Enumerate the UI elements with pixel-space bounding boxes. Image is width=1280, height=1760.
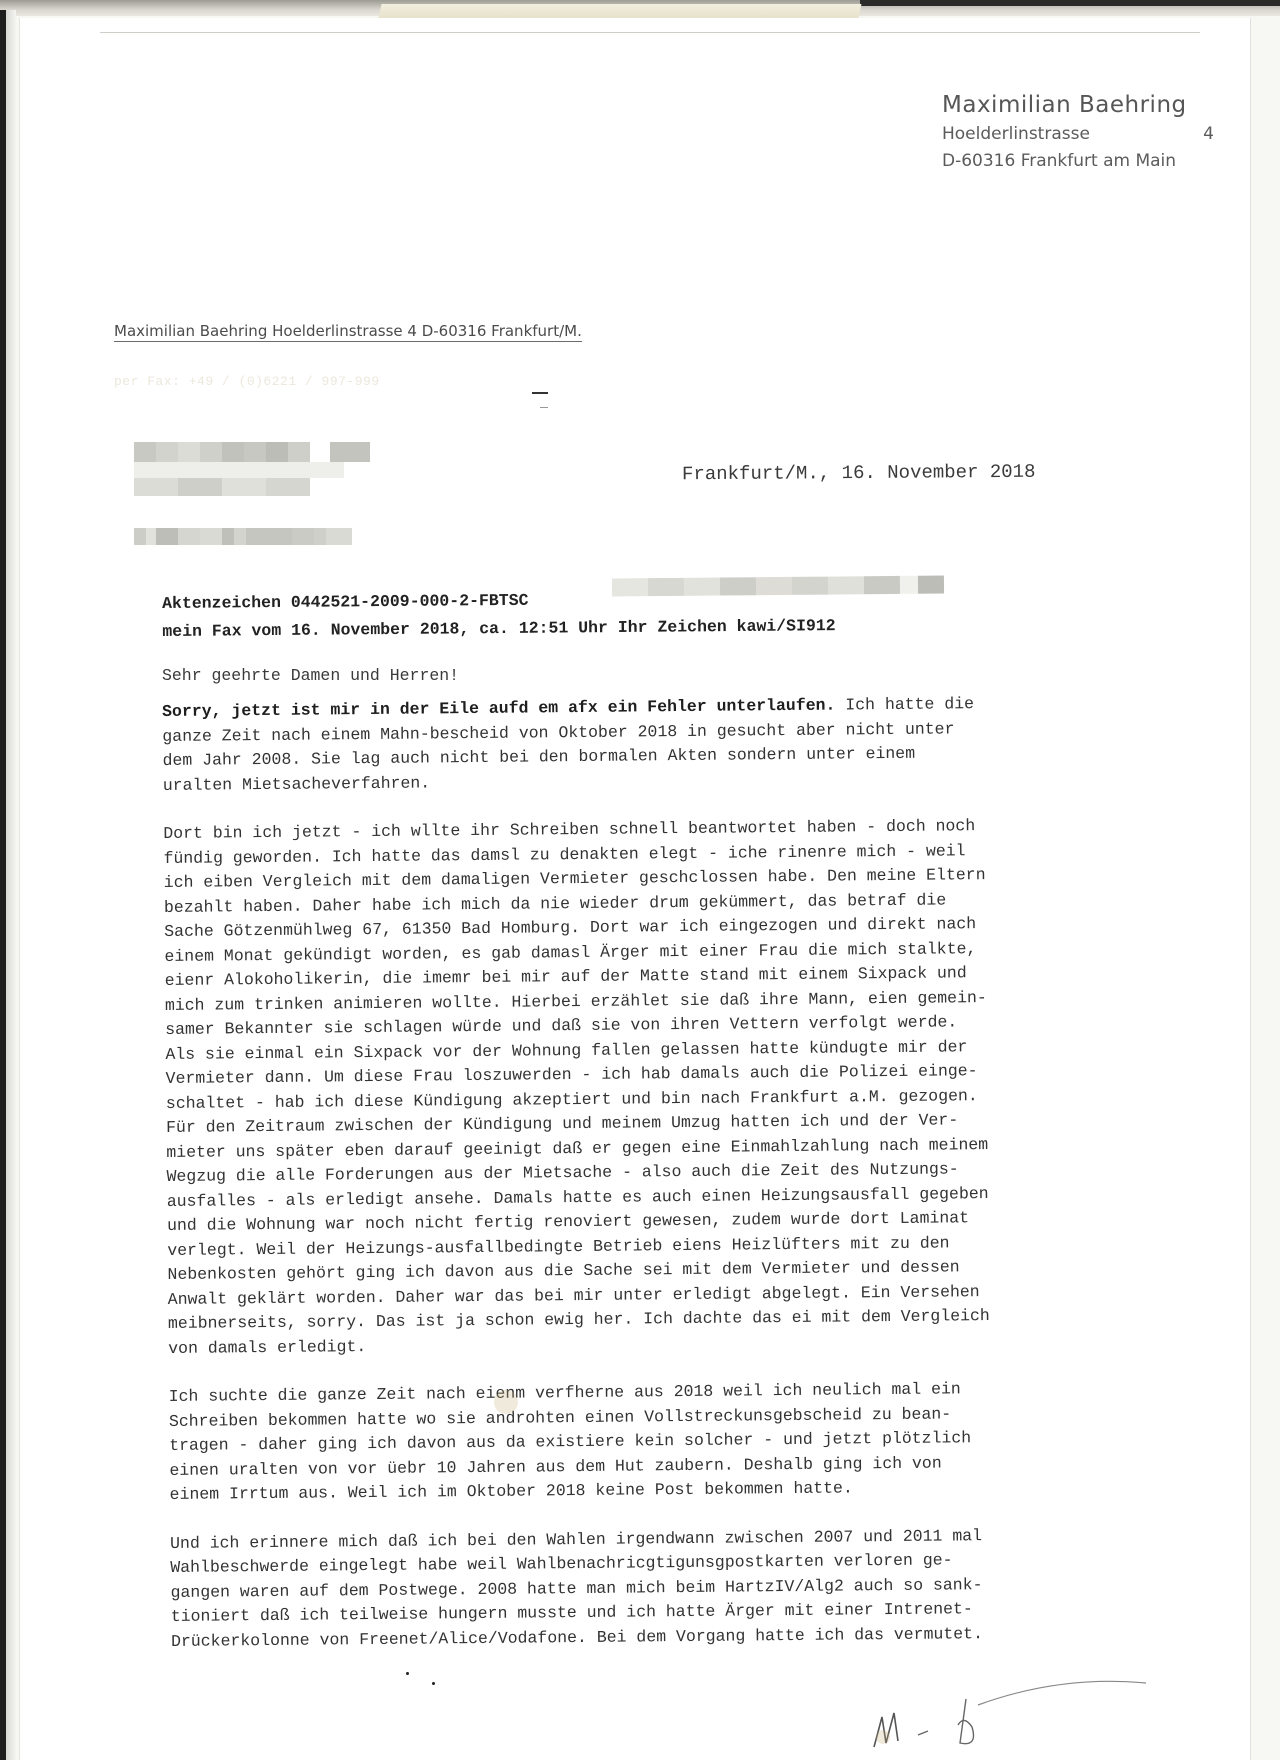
recipient-name-redacted <box>134 442 370 462</box>
recipient-line3-redacted <box>134 478 310 496</box>
page-top-rule <box>100 32 1200 33</box>
scan-speck <box>406 1672 409 1675</box>
recipient-line2-redacted <box>134 462 344 478</box>
body-paragraph: Ich suchte die ganze Zeit nach eienm ver… <box>169 1376 1150 1508</box>
letterhead-street: Hoelderlinstrasse <box>942 124 1090 144</box>
handwritten-signature <box>860 1655 1160 1760</box>
body-paragraph: Sorry, jetzt ist mir in der Eile aufd em… <box>162 691 1143 798</box>
letterhead-city: D-60316 Frankfurt am Main <box>942 151 1214 171</box>
case-number-suffix-redacted <box>612 576 944 597</box>
fax-line-faint: per Fax: +49 / (0)6221 / 997-999 <box>114 374 380 389</box>
recipient-address-redacted <box>134 528 352 545</box>
scan-mark <box>532 392 548 394</box>
bold-apology: Sorry, jetzt ist mir in der Eile aufd em… <box>162 696 835 721</box>
underlying-page-edge <box>379 4 862 18</box>
letterhead-street-row: Hoelderlinstrasse 4 <box>942 124 1214 144</box>
letterhead: Maximilian Baehring Hoelderlinstrasse 4 … <box>932 92 1214 171</box>
paper-stain <box>876 1730 890 1744</box>
scan-mark <box>540 407 548 408</box>
letter-body: Sorry, jetzt ist mir in der Eile aufd em… <box>162 691 1151 1678</box>
scan-top-shadow <box>860 0 1280 6</box>
sender-return-address: Maximilian Baehring Hoelderlinstrasse 4 … <box>114 322 582 342</box>
letter-date: Frankfurt/M., 16. November 2018 <box>682 461 1036 485</box>
scan-left-margin <box>6 10 16 1760</box>
letterhead-name: Maximilian Baehring <box>942 92 1214 118</box>
salutation: Sehr geehrte Damen und Herren! <box>162 666 459 685</box>
reference-line-1: Aktenzeichen 0442521-2009-000-2-FBTSC <box>162 591 529 613</box>
scan-speck <box>432 1682 435 1685</box>
reference-fax-note: mein Fax vom 16. November 2018, ca. 12:5… <box>162 612 836 646</box>
paper-stain <box>494 1390 518 1414</box>
letterhead-house-number: 4 <box>1203 124 1214 144</box>
body-paragraph: Und ich erinnere mich daß ich bei den Wa… <box>170 1522 1151 1654</box>
body-paragraph: Dort bin ich jetzt - ich wllte ihr Schre… <box>163 813 1148 1361</box>
